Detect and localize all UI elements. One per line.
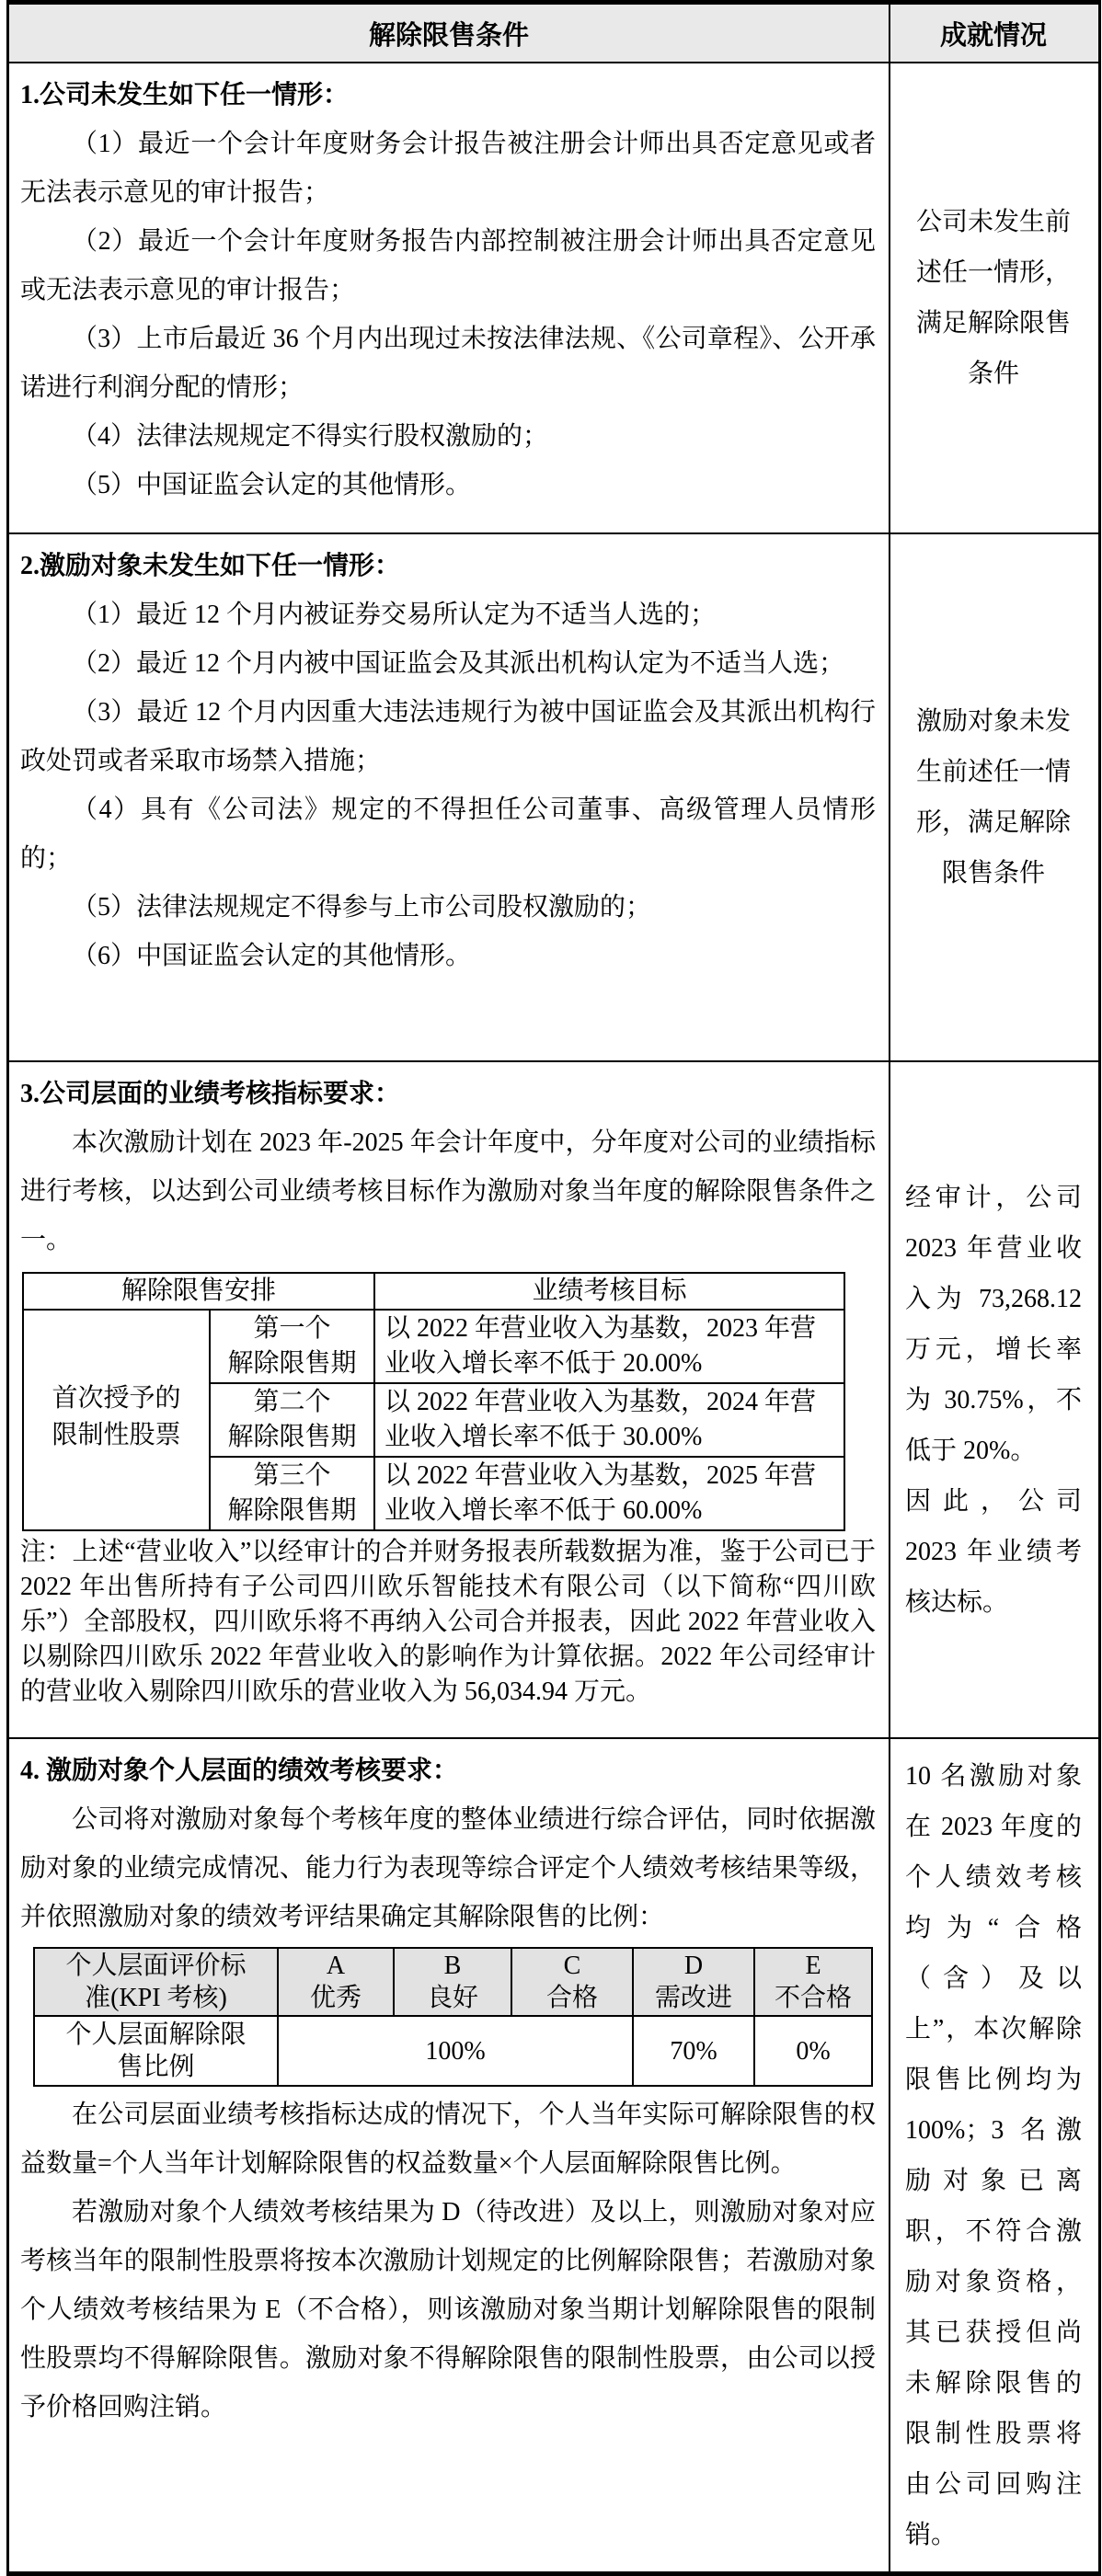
section-4-conditions: 4. 激励对象个人层面的绩效考核要求： 公司将对激励对象每个考核年度的整体业绩进…	[9, 1739, 890, 2571]
period-3-label: 解除限售期	[212, 1494, 373, 1528]
kpi-grade-e: E 不合格	[754, 1948, 872, 2016]
table-row: 3.公司层面的业绩考核指标要求： 本次激励计划在 2023 年-2025 年会计…	[9, 1060, 1098, 1737]
section-3-intro: 本次激励计划在 2023 年-2025 年会计年度中，分年度对公司的业绩指标进行…	[20, 1118, 876, 1265]
section-3-note: 注：上述“营业收入”以经审计的合并财务报表所载数据为准，鉴于公司已于 2022 …	[20, 1535, 876, 1710]
period-2-target: 以 2022 年营业收入为基数，2024 年营业收入增长率不低于 30.00%	[374, 1383, 844, 1457]
granted-stock-label: 首次授予的限制性股票	[52, 1380, 182, 1454]
section-4-status-cell: 10 名激励对象在 2023 年度的个人绩效考核均为“合格（含）及以上”，本次解…	[890, 1739, 1096, 2571]
grade-d-letter: D	[635, 1950, 752, 1982]
kpi-grade-b: B 良好	[394, 1948, 511, 2016]
grade-d-label: 需改进	[635, 1982, 752, 2014]
kpi-rating-table: 个人层面评价标准(KPI 考核) A 优秀 B 良好 C 合格	[33, 1947, 873, 2087]
section-1-item-3: （3）上市后最近 36 个月内出现过未按法律法规、《公司章程》、公开承诺进行利润…	[20, 315, 876, 412]
schedule-header-row: 解除限售安排 业绩考核目标	[23, 1273, 844, 1310]
section-3-status-p1: 经审计，公司 2023 年营业收入为 73,268.12 万元，增长率为 30.…	[905, 1173, 1082, 1476]
grade-b-label: 良好	[396, 1982, 510, 2014]
section-4-paragraph-2: 若激励对象个人绩效考核结果为 D（待改进）及以上，则激励对象对应考核当年的限制性…	[20, 2188, 876, 2432]
section-4-status-text: 10 名激励对象在 2023 年度的个人绩效考核均为“合格（含）及以上”，本次解…	[905, 1751, 1082, 2560]
period-1-ordinal: 第一个	[212, 1311, 373, 1346]
section-2-status-cell: 激励对象未发生前述任一情形，满足解除限售条件	[890, 534, 1096, 1060]
section-3-status: 经审计，公司 2023 年营业收入为 73,268.12 万元，增长率为 30.…	[905, 1173, 1082, 1628]
table-row: 2.激励对象未发生如下任一情形： （1）最近 12 个月内被证券交易所认定为不适…	[9, 532, 1098, 1060]
period-2-label: 解除限售期	[212, 1420, 373, 1455]
period-1-target: 以 2022 年营业收入为基数，2023 年营业收入增长率不低于 20.00%	[374, 1310, 844, 1383]
section-2-item-4: （4）具有《公司法》规定的不得担任公司董事、高级管理人员情形的；	[20, 785, 876, 883]
document-page: 解除限售条件 成就情况 1.公司未发生如下任一情形： （1）最近一个会计年度财务…	[0, 0, 1102, 2576]
grade-b-letter: B	[396, 1950, 510, 1982]
grade-e-label: 不合格	[756, 1982, 870, 2014]
section-1-item-1: （1）最近一个会计年度财务会计报告被注册会计师出具否定意见或者无法表示意见的审计…	[20, 120, 876, 217]
granted-stock-cell: 首次授予的限制性股票	[23, 1310, 210, 1530]
section-1-status-cell: 公司未发生前述任一情形，满足解除限售条件	[890, 63, 1096, 532]
kpi-grade-c: C 合格	[511, 1948, 633, 2016]
section-2-status: 激励对象未发生前述任一情形，满足解除限售条件	[914, 696, 1073, 899]
grade-a-label: 优秀	[280, 1982, 392, 2014]
kpi-grade-d: D 需改进	[633, 1948, 754, 2016]
schedule-row-1: 首次授予的限制性股票 第一个 解除限售期 以 2022 年营业收入为基数，202…	[23, 1310, 844, 1383]
kpi-ratio-label: 个人层面解除限售比例	[59, 2019, 254, 2083]
period-1-cell: 第一个 解除限售期	[210, 1310, 374, 1383]
section-4-status: 10 名激励对象在 2023 年度的个人绩效考核均为“合格（含）及以上”，本次解…	[905, 1751, 1082, 2560]
section-3-status-cell: 经审计，公司 2023 年营业收入为 73,268.12 万元，增长率为 30.…	[890, 1062, 1096, 1737]
section-2-conditions: 2.激励对象未发生如下任一情形： （1）最近 12 个月内被证券交易所认定为不适…	[9, 534, 890, 1060]
kpi-criteria-header-text: 个人层面评价标准(KPI 考核)	[59, 1950, 254, 2014]
section-1-item-4: （4）法律法规规定不得实行股权激励的；	[20, 412, 876, 461]
table-row: 1.公司未发生如下任一情形： （1）最近一个会计年度财务会计报告被注册会计师出具…	[9, 62, 1098, 532]
section-4-paragraph-1: 在公司层面业绩考核指标达成的情况下，个人当年实际可解除限售的权益数量=个人当年计…	[20, 2090, 876, 2188]
grade-c-label: 合格	[513, 1982, 631, 2014]
grade-e-letter: E	[756, 1950, 870, 1982]
section-4-title: 4. 激励对象个人层面的绩效考核要求：	[20, 1746, 876, 1795]
section-2-item-5: （5）法律法规规定不得参与上市公司股权激励的；	[20, 883, 876, 932]
table-header-row: 解除限售条件 成就情况	[9, 5, 1098, 62]
section-1-conditions: 1.公司未发生如下任一情形： （1）最近一个会计年度财务会计报告被注册会计师出具…	[9, 63, 890, 532]
kpi-ratio-e: 0%	[754, 2016, 872, 2086]
table-row: 4. 激励对象个人层面的绩效考核要求： 公司将对激励对象每个考核年度的整体业绩进…	[9, 1737, 1098, 2571]
period-1-label: 解除限售期	[212, 1346, 373, 1381]
period-3-target: 以 2022 年营业收入为基数，2025 年营业收入增长率不低于 60.00%	[374, 1457, 844, 1530]
kpi-criteria-header: 个人层面评价标准(KPI 考核)	[34, 1948, 278, 2016]
period-3-cell: 第三个 解除限售期	[210, 1457, 374, 1530]
kpi-ratio-row: 个人层面解除限售比例 100% 70% 0%	[34, 2016, 872, 2086]
kpi-grade-a: A 优秀	[278, 1948, 394, 2016]
section-2-title: 2.激励对象未发生如下任一情形：	[20, 542, 876, 590]
kpi-ratio-d: 70%	[633, 2016, 754, 2086]
period-2-ordinal: 第二个	[212, 1385, 373, 1420]
section-3-status-p2: 因此，公司 2023 年业绩考核达标。	[905, 1476, 1082, 1628]
grade-a-letter: A	[280, 1950, 392, 1982]
kpi-ratio-label-cell: 个人层面解除限售比例	[34, 2016, 278, 2086]
kpi-header-row: 个人层面评价标准(KPI 考核) A 优秀 B 良好 C 合格	[34, 1948, 872, 2016]
section-3-conditions: 3.公司层面的业绩考核指标要求： 本次激励计划在 2023 年-2025 年会计…	[9, 1062, 890, 1737]
section-2-item-1: （1）最近 12 个月内被证券交易所认定为不适当人选的；	[20, 590, 876, 639]
section-1-item-2: （2）最近一个会计年度财务报告内部控制被注册会计师出具否定意见或无法表示意见的审…	[20, 217, 876, 315]
grade-c-letter: C	[513, 1950, 631, 1982]
period-3-ordinal: 第三个	[212, 1459, 373, 1494]
schedule-target-header: 业绩考核目标	[374, 1273, 844, 1310]
performance-target-table: 解除限售安排 业绩考核目标 首次授予的限制性股票 第一个 解除限售期 以 202…	[22, 1272, 845, 1531]
schedule-arrangement-header: 解除限售安排	[23, 1273, 374, 1310]
period-2-cell: 第二个 解除限售期	[210, 1383, 374, 1457]
section-1-title: 1.公司未发生如下任一情形：	[20, 71, 876, 120]
section-1-status: 公司未发生前述任一情形，满足解除限售条件	[914, 197, 1073, 399]
kpi-ratio-abc: 100%	[278, 2016, 633, 2086]
col-header-achievement: 成就情况	[890, 5, 1096, 62]
unlock-conditions-table: 解除限售条件 成就情况 1.公司未发生如下任一情形： （1）最近一个会计年度财务…	[6, 0, 1101, 2576]
section-2-item-2: （2）最近 12 个月内被中国证监会及其派出机构认定为不适当人选；	[20, 639, 876, 688]
section-4-intro: 公司将对激励对象每个考核年度的整体业绩进行综合评估，同时依据激励对象的业绩完成情…	[20, 1795, 876, 1941]
section-3-title: 3.公司层面的业绩考核指标要求：	[20, 1070, 876, 1118]
section-1-item-5: （5）中国证监会认定的其他情形。	[20, 461, 876, 509]
section-2-item-6: （6）中国证监会认定的其他情形。	[20, 932, 876, 980]
col-header-conditions: 解除限售条件	[9, 5, 890, 62]
section-2-item-3: （3）最近 12 个月内因重大违法违规行为被中国证监会及其派出机构行政处罚或者采…	[20, 688, 876, 785]
